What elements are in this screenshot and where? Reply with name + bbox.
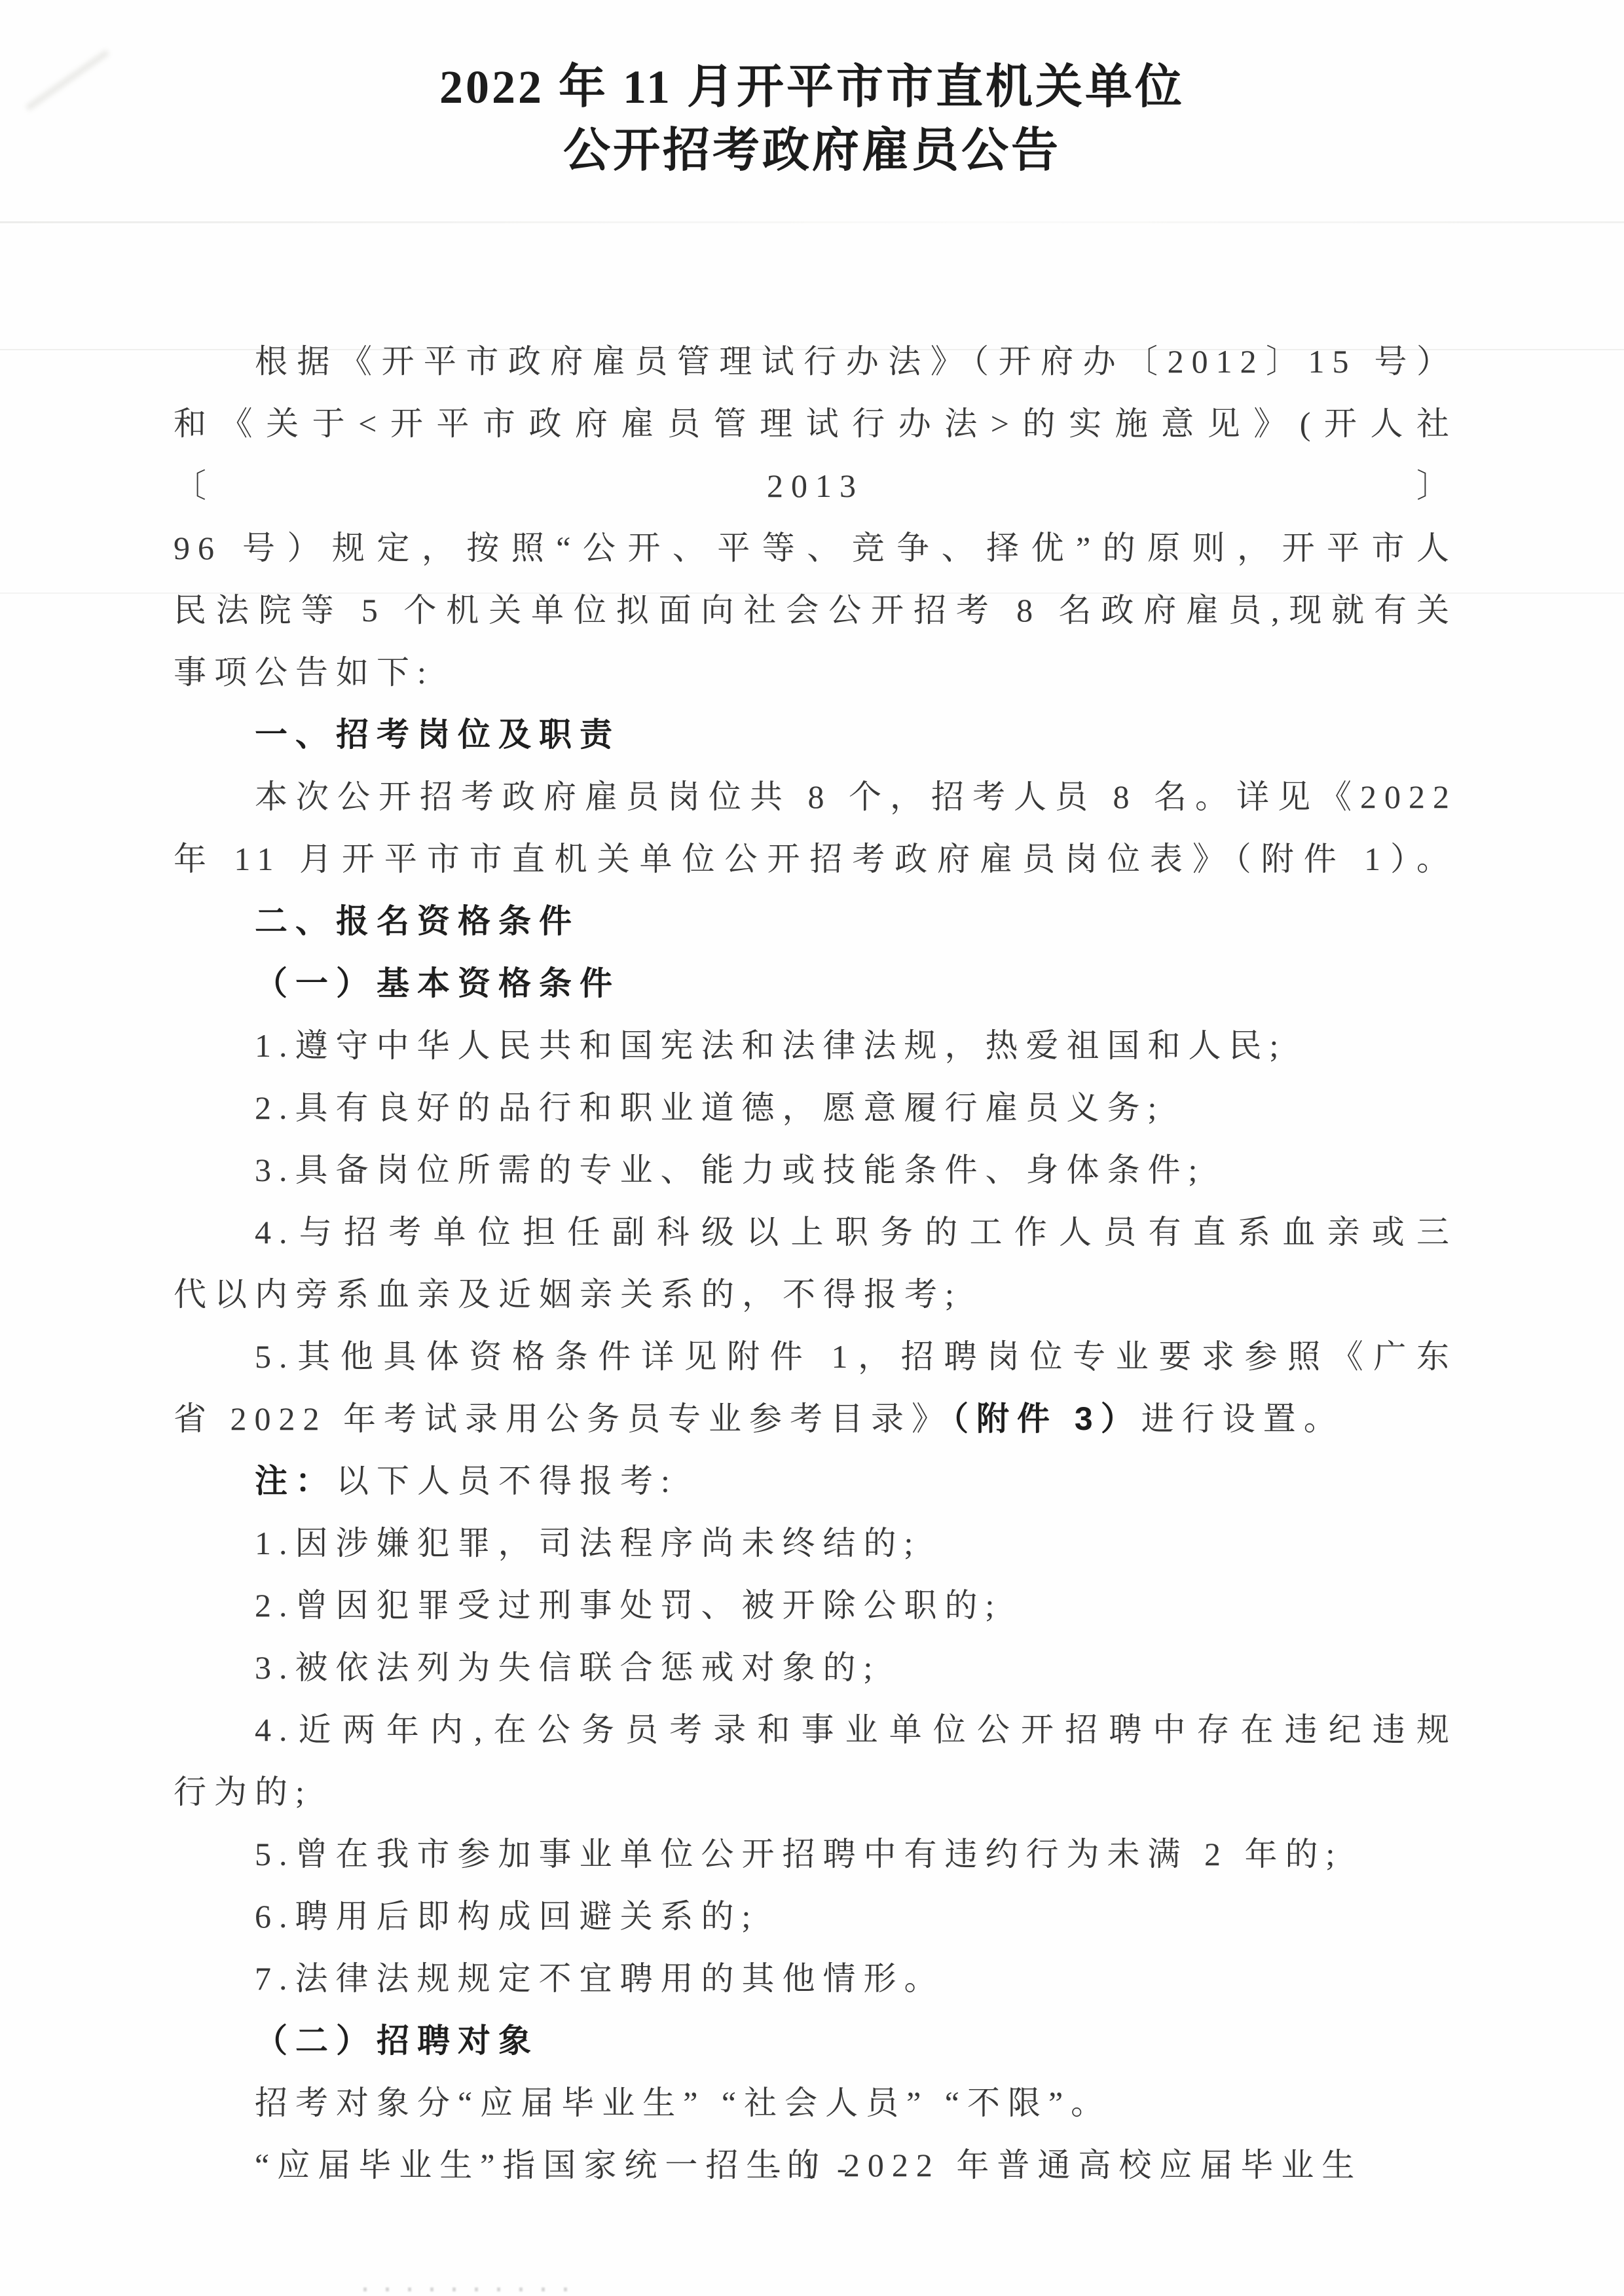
note-text: 以下人员不得报考:	[336, 1463, 678, 1499]
note-line: 注：以下人员不得报考:	[174, 1450, 1457, 1512]
intro-line: 根据《开平市政府雇员管理试行办法》（开府办〔2012〕15 号）	[174, 331, 1457, 393]
sub2-heading: （二）招聘对象	[174, 2010, 1457, 2072]
document-title: 2022 年 11 月开平市市直机关单位 公开招考政府雇员公告	[0, 56, 1624, 183]
intro-line: 和《关于<开平市政府雇员管理试行办法>的实施意见》(开人社〔2013〕	[174, 393, 1457, 517]
sub1-heading: （一）基本资格条件	[174, 953, 1457, 1015]
note-item: 6.聘用后即构成回避关系的;	[174, 1886, 1457, 1948]
scan-artifact-line	[0, 221, 1624, 223]
intro-line: 民法院等 5 个机关单位拟面向社会公开招考 8 名政府雇员,现就有关	[174, 579, 1457, 642]
note-item: 1.因涉嫌犯罪，司法程序尚未终结的;	[174, 1512, 1457, 1575]
section2-heading: 二、报名资格条件	[174, 890, 1457, 953]
basic-item: 4.与招考单位担任副科级以上职务的工作人员有直系血亲或三	[174, 1201, 1457, 1264]
page-number: - 1 -	[0, 2151, 1624, 2185]
target-line: 招考对象分“应届毕业生” “社会人员” “不限”。	[174, 2072, 1457, 2134]
item5-attachment-bold: （附件 3）	[952, 1400, 1141, 1437]
document-body: 根据《开平市政府雇员管理试行办法》（开府办〔2012〕15 号） 和《关于<开平…	[174, 331, 1457, 2196]
intro-line: 96 号）规定，按照“公开、平等、竞争、择优”的原则，开平市人	[174, 517, 1457, 579]
intro-line: 事项公告如下:	[174, 642, 1457, 704]
title-line-2: 公开招考政府雇员公告	[0, 119, 1624, 183]
scan-artifact-specks	[363, 2287, 580, 2291]
item5-pre: 省 2022 年考试录用公务员专业参考目录》	[174, 1400, 952, 1437]
note-item: 2.曾因犯罪受过刑事处罚、被开除公职的;	[174, 1575, 1457, 1637]
section1-line: 年 11 月开平市市直机关单位公开招考政府雇员岗位表》（附件 1）。	[174, 828, 1457, 890]
note-item: 行为的;	[174, 1761, 1457, 1823]
basic-item: 3.具备岗位所需的专业、能力或技能条件、身体条件;	[174, 1139, 1457, 1201]
basic-item-5-continuation: 省 2022 年考试录用公务员专业参考目录》（附件 3）进行设置。	[174, 1388, 1457, 1450]
basic-item: 2.具有良好的品行和职业道德，愿意履行雇员义务;	[174, 1077, 1457, 1139]
basic-item: 5.其他具体资格条件详见附件 1，招聘岗位专业要求参照《广东	[174, 1326, 1457, 1388]
title-line-1: 2022 年 11 月开平市市直机关单位	[0, 56, 1624, 119]
note-item: 4.近两年内,在公务员考录和事业单位公开招聘中存在违纪违规	[174, 1699, 1457, 1761]
note-label: 注：	[255, 1463, 336, 1499]
note-item: 7.法律法规规定不宜聘用的其他情形。	[174, 1948, 1457, 2010]
section1-line: 本次公开招考政府雇员岗位共 8 个，招考人员 8 名。详见《2022	[174, 766, 1457, 828]
basic-item: 1.遵守中华人民共和国宪法和法律法规，热爱祖国和人民;	[174, 1015, 1457, 1077]
note-item: 5.曾在我市参加事业单位公开招聘中有违约行为未满 2 年的;	[174, 1823, 1457, 1886]
section1-heading: 一、招考岗位及职责	[174, 704, 1457, 766]
basic-item: 代以内旁系血亲及近姻亲关系的，不得报考;	[174, 1264, 1457, 1326]
item5-post: 进行设置。	[1141, 1400, 1344, 1437]
note-item: 3.被依法列为失信联合惩戒对象的;	[174, 1637, 1457, 1699]
document-page: 2022 年 11 月开平市市直机关单位 公开招考政府雇员公告 根据《开平市政府…	[0, 0, 1624, 2296]
